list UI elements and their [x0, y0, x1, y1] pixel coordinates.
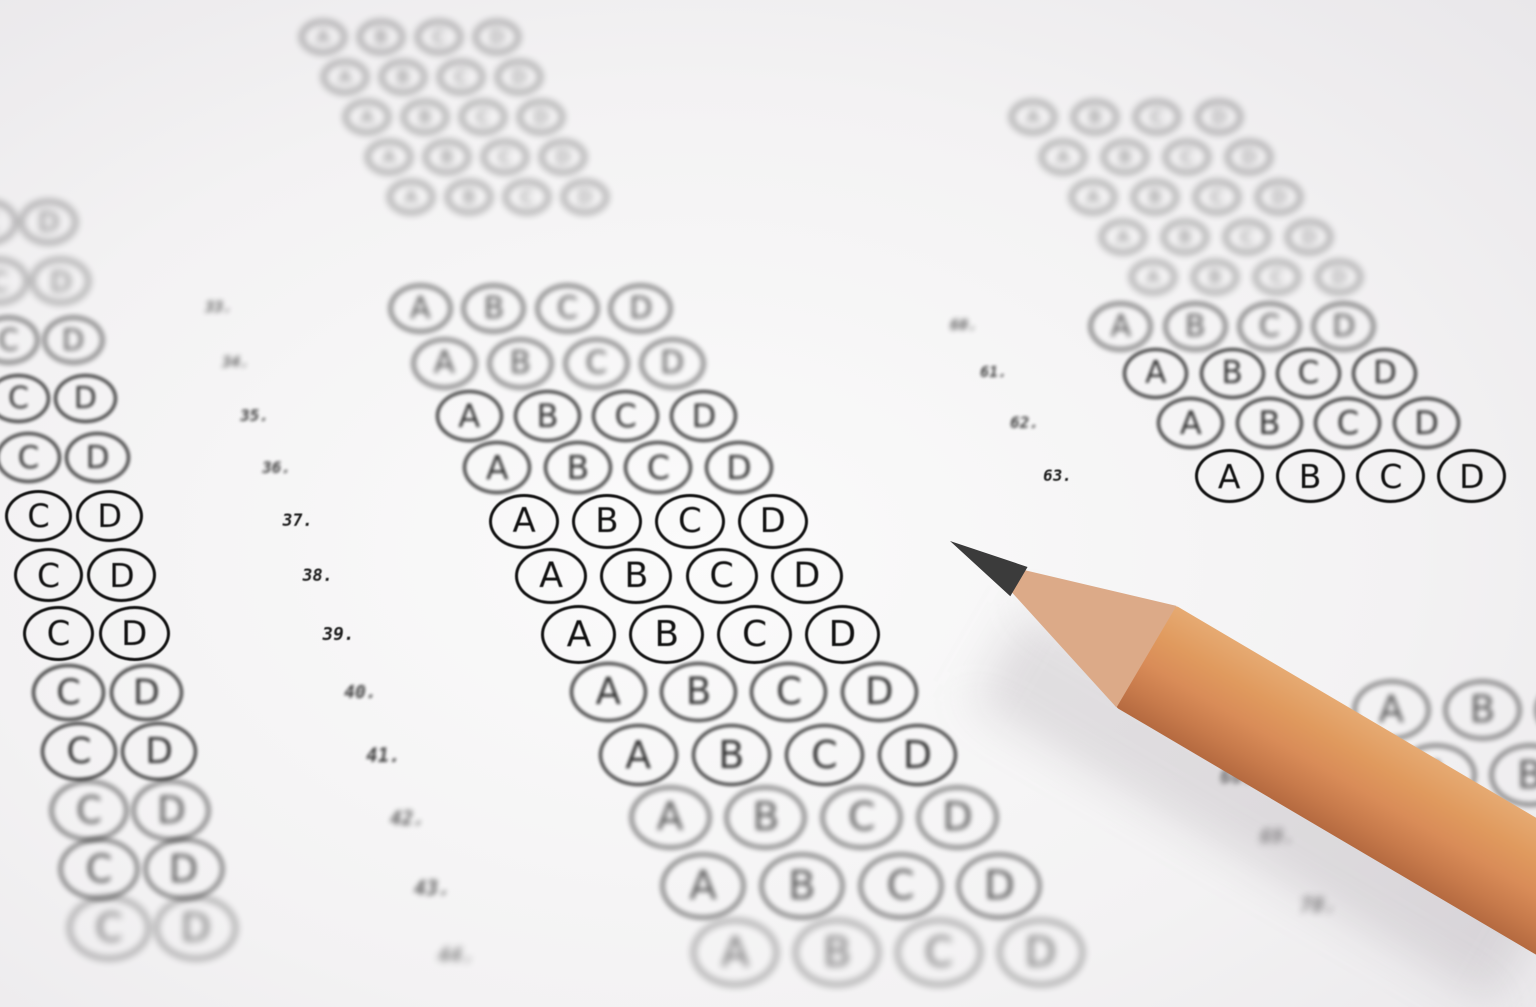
- answer-bubble-b[interactable]: B: [446, 180, 492, 214]
- answer-bubble-c[interactable]: C: [1276, 348, 1341, 399]
- answer-bubble-b[interactable]: B: [629, 605, 704, 664]
- answer-bubble-c[interactable]: C: [536, 284, 599, 333]
- answer-bubble-c[interactable]: C: [5, 490, 72, 542]
- answer-bubble-c[interactable]: C: [438, 60, 484, 94]
- answer-bubble-d[interactable]: D: [1352, 348, 1417, 399]
- answer-bubble-c[interactable]: C: [624, 441, 692, 494]
- answer-bubble-d[interactable]: D: [99, 606, 170, 661]
- question-number: 39.: [321, 624, 356, 645]
- answer-bubble-b[interactable]: B: [380, 60, 426, 94]
- question-number: 34.: [221, 353, 251, 371]
- answer-bubble-d[interactable]: D: [1316, 260, 1362, 294]
- answer-bubble-a[interactable]: A: [599, 724, 678, 786]
- answer-bubble-d[interactable]: D: [1256, 180, 1302, 214]
- answer-bubble-b[interactable]: B: [1162, 220, 1208, 254]
- answer-bubble-d[interactable]: D: [540, 140, 586, 174]
- answer-bubble-a[interactable]: A: [388, 180, 434, 214]
- answer-bubble-b[interactable]: B: [1192, 260, 1238, 294]
- question-number: 35.: [239, 406, 271, 425]
- answer-bubble-d[interactable]: D: [738, 494, 808, 549]
- answer-bubble-b[interactable]: B: [1236, 397, 1303, 449]
- answer-bubble-c[interactable]: C: [785, 724, 864, 786]
- answer-bubble-c[interactable]: C: [896, 919, 982, 986]
- answer-bubble-d[interactable]: D: [110, 664, 183, 721]
- answer-bubble-d[interactable]: D: [132, 780, 210, 841]
- answer-bubble-d[interactable]: D: [670, 390, 737, 442]
- question-number: 41.: [364, 745, 401, 767]
- answer-bubble-a[interactable]: A: [489, 494, 559, 549]
- answer-bubble-d[interactable]: D: [54, 374, 117, 423]
- answer-bubble-c[interactable]: C: [0, 316, 39, 364]
- question-number: 61.: [979, 363, 1009, 381]
- answer-bubble-c[interactable]: C: [14, 548, 83, 602]
- question-number: 37.: [281, 511, 315, 531]
- answer-bubble-d[interactable]: D: [144, 838, 224, 900]
- question-number: 43.: [412, 876, 451, 900]
- answer-bubble-c[interactable]: C: [750, 662, 827, 722]
- answer-bubble-d[interactable]: D: [76, 490, 143, 542]
- answer-bubble-d[interactable]: D: [121, 722, 197, 781]
- answer-bubble-c[interactable]: C: [0, 374, 50, 423]
- answer-bubble-c[interactable]: C: [564, 338, 629, 389]
- answer-bubble-b[interactable]: B: [488, 338, 553, 389]
- answer-bubble-c[interactable]: C: [59, 838, 139, 900]
- answer-bubble-a[interactable]: A: [1040, 140, 1086, 174]
- answer-bubble-d[interactable]: D: [518, 100, 564, 134]
- answer-bubble-a[interactable]: A: [692, 919, 778, 986]
- question-number: 38.: [301, 566, 335, 586]
- answer-bubble-d[interactable]: D: [957, 853, 1041, 919]
- answer-bubble-b[interactable]: B: [1444, 680, 1521, 740]
- answer-bubble-d[interactable]: D: [562, 180, 608, 214]
- answer-bubble-d[interactable]: D: [878, 724, 957, 786]
- answer-bubble-b[interactable]: B: [1276, 449, 1345, 503]
- answer-bubble-a[interactable]: A: [515, 548, 587, 604]
- answer-bubble-a[interactable]: A: [630, 786, 711, 849]
- question-number: 33.: [204, 298, 234, 316]
- question-number: 42.: [388, 808, 425, 830]
- answer-bubble-d[interactable]: D: [609, 284, 672, 333]
- answer-bubble-b[interactable]: B: [1102, 140, 1148, 174]
- answer-bubble-c[interactable]: C: [1194, 180, 1240, 214]
- answer-bubble-d[interactable]: D: [20, 200, 77, 244]
- answer-bubble-d[interactable]: D: [1437, 449, 1506, 503]
- answer-bubble-c[interactable]: C: [23, 606, 94, 661]
- answer-bubble-d[interactable]: D: [805, 605, 880, 664]
- answer-bubble-d[interactable]: D: [640, 338, 705, 389]
- answer-bubble-a[interactable]: A: [1010, 100, 1056, 134]
- answer-bubble-d[interactable]: D: [1312, 302, 1375, 351]
- answer-bubble-a[interactable]: A: [463, 441, 531, 494]
- answer-bubble-d[interactable]: D: [31, 258, 90, 304]
- answer-bubble-c[interactable]: C: [1224, 220, 1270, 254]
- answer-bubble-a[interactable]: A: [412, 338, 477, 389]
- answer-bubble-d[interactable]: D: [43, 316, 104, 364]
- answer-bubble-a[interactable]: A: [366, 140, 412, 174]
- answer-bubble-c[interactable]: C: [482, 140, 528, 174]
- answer-bubble-b[interactable]: B: [462, 284, 525, 333]
- answer-bubble-a[interactable]: A: [541, 605, 616, 664]
- question-number: 44.: [436, 943, 475, 967]
- answer-bubble-d[interactable]: D: [771, 548, 843, 604]
- answer-bubble-c[interactable]: C: [592, 390, 659, 442]
- answer-bubble-a[interactable]: A: [344, 100, 390, 134]
- answer-bubble-c[interactable]: C: [1254, 260, 1300, 294]
- question-number: 36.: [261, 458, 293, 477]
- answer-bubble-c[interactable]: C: [859, 853, 943, 919]
- answer-bubble-c[interactable]: C: [1314, 397, 1381, 449]
- answer-bubble-d[interactable]: D: [474, 20, 520, 54]
- answer-bubble-c[interactable]: C: [460, 100, 506, 134]
- answer-bubble-a[interactable]: A: [1070, 180, 1116, 214]
- answer-bubble-d[interactable]: D: [998, 919, 1084, 986]
- answer-bubble-c[interactable]: C: [68, 896, 150, 960]
- question-number: 60.: [949, 316, 979, 334]
- answer-bubble-a[interactable]: A: [661, 853, 745, 919]
- answer-bubble-b[interactable]: B: [692, 724, 771, 786]
- answer-bubble-d[interactable]: D: [155, 896, 237, 960]
- answer-bubble-b[interactable]: B: [358, 20, 404, 54]
- answer-bubble-c[interactable]: C: [416, 20, 462, 54]
- question-number: 63.: [1042, 466, 1074, 485]
- answer-bubble-b[interactable]: B: [514, 390, 581, 442]
- answer-bubble-b[interactable]: B: [1200, 348, 1265, 399]
- answer-bubble-c[interactable]: C: [1238, 302, 1301, 351]
- answer-bubble-c[interactable]: C: [50, 780, 128, 841]
- answer-bubble-b[interactable]: B: [1072, 100, 1118, 134]
- answer-bubble-b[interactable]: B: [600, 548, 672, 604]
- answer-bubble-d[interactable]: D: [1196, 100, 1242, 134]
- answer-bubble-b[interactable]: B: [572, 494, 642, 549]
- answer-bubble-d[interactable]: D: [917, 786, 998, 849]
- answer-bubble-c[interactable]: C: [504, 180, 550, 214]
- answer-bubble-a[interactable]: A: [300, 20, 346, 54]
- answer-bubble-c[interactable]: C: [1134, 100, 1180, 134]
- answer-bubble-c[interactable]: C: [41, 722, 117, 781]
- answer-bubble-d[interactable]: D: [841, 662, 918, 722]
- answer-bubble-b[interactable]: B: [660, 662, 737, 722]
- answer-bubble-d[interactable]: D: [87, 548, 156, 602]
- answer-bubble-a[interactable]: A: [1157, 397, 1224, 449]
- answer-bubble-c[interactable]: C: [0, 432, 61, 483]
- answer-bubble-c[interactable]: C: [821, 786, 902, 849]
- answer-bubble-d[interactable]: D: [705, 441, 773, 494]
- answer-bubble-d[interactable]: D: [496, 60, 542, 94]
- answer-bubble-d[interactable]: D: [1286, 220, 1332, 254]
- answer-bubble-a[interactable]: A: [322, 60, 368, 94]
- answer-bubble-d[interactable]: D: [1393, 397, 1460, 449]
- answer-bubble-c[interactable]: C: [1356, 449, 1425, 503]
- answer-bubble-c[interactable]: C: [717, 605, 792, 664]
- answer-bubble-a[interactable]: A: [570, 662, 647, 722]
- answer-bubble-a[interactable]: A: [1130, 260, 1176, 294]
- answer-bubble-b[interactable]: B: [544, 441, 612, 494]
- answer-bubble-b[interactable]: B: [760, 853, 844, 919]
- answer-bubble-b[interactable]: B: [1132, 180, 1178, 214]
- answer-bubble-b[interactable]: B: [794, 919, 880, 986]
- answer-bubble-c[interactable]: C: [686, 548, 758, 604]
- answer-bubble-c[interactable]: C: [1164, 140, 1210, 174]
- answer-bubble-b[interactable]: B: [725, 786, 806, 849]
- answer-bubble-d[interactable]: D: [1226, 140, 1272, 174]
- answer-bubble-a[interactable]: A: [1195, 449, 1264, 503]
- answer-bubble-a[interactable]: A: [1123, 348, 1188, 399]
- answer-bubble-a[interactable]: A: [436, 390, 503, 442]
- answer-bubble-b[interactable]: B: [424, 140, 470, 174]
- answer-bubble-c[interactable]: C: [0, 200, 17, 244]
- question-number: 62.: [1009, 413, 1041, 432]
- answer-bubble-a[interactable]: A: [1100, 220, 1146, 254]
- answer-bubble-a[interactable]: A: [389, 284, 452, 333]
- answer-bubble-b[interactable]: B: [1164, 302, 1227, 351]
- question-number: 40.: [343, 682, 378, 703]
- answer-bubble-c[interactable]: C: [655, 494, 725, 549]
- answer-bubble-c[interactable]: C: [32, 664, 105, 721]
- answer-bubble-c[interactable]: C: [0, 258, 28, 304]
- answer-bubble-a[interactable]: A: [1089, 302, 1152, 351]
- answer-bubble-d[interactable]: D: [65, 432, 130, 483]
- answer-bubble-b[interactable]: B: [402, 100, 448, 134]
